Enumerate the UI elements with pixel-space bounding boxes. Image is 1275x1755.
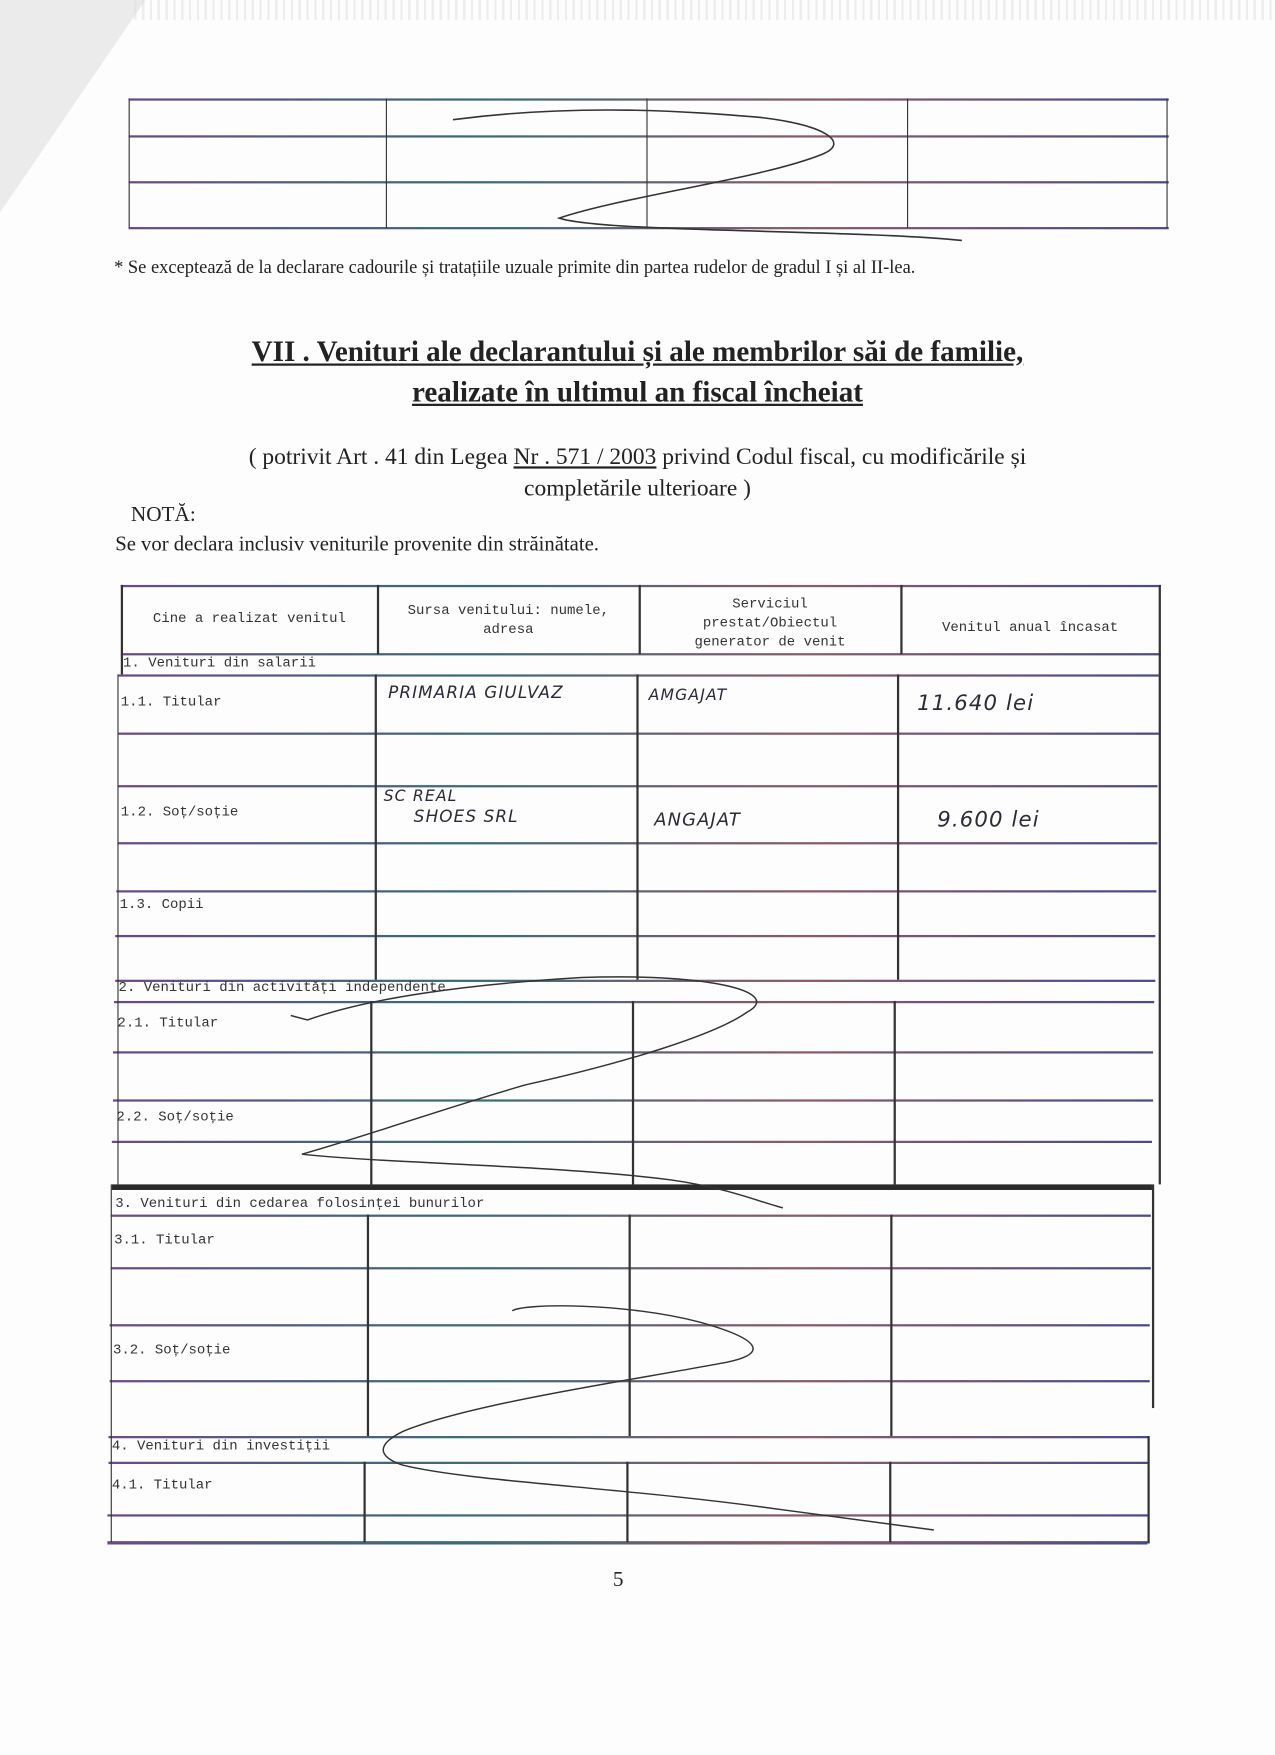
row-1-1-label: 1.1. Titular — [121, 695, 222, 711]
note-text: Se vor declara inclusiv veniturile prove… — [115, 533, 599, 556]
header-annual-income: Venitul anual încasat — [903, 618, 1158, 637]
page-fold-shadow — [0, 0, 145, 212]
law-number: Nr . 571 / 2003 — [514, 443, 657, 470]
row-1-1-service: AMGAJAT — [649, 687, 728, 705]
gift-exception-footnote: * Se exceptează de la declarare cadouril… — [114, 255, 1165, 280]
scan-noise — [134, 0, 1275, 20]
legal-reference: ( potrivit Art . 41 din Legea Nr . 571 /… — [0, 441, 1275, 472]
row-1-3-label: 1.3. Copii — [120, 897, 204, 913]
row-3-2-label: 3.2. Soț/soție — [113, 1342, 230, 1358]
legal-reference-line2: completările ulterioare ) — [0, 472, 1275, 503]
header-source: Sursa venitului: numele, adresa — [379, 602, 637, 640]
section-title-line1: VII . Venituri ale declarantului și ale … — [0, 336, 1275, 370]
row-2-2-label: 2.2. Soț/soție — [116, 1109, 233, 1125]
row-1-2-source-line2: SHOES SRL — [414, 806, 519, 826]
header-service: Serviciul prestat/Obiectul generator de … — [641, 595, 899, 652]
group-independent: 2. Venituri din activități independente — [119, 980, 446, 996]
note-label: NOTĂ: — [131, 503, 196, 528]
row-4-1-label: 4.1. Titular — [112, 1477, 213, 1493]
header-service-line3: generator de venit — [641, 633, 899, 652]
header-source-line1: Sursa venitului: numele, — [379, 602, 637, 621]
legal-reference-suffix: privind Codul fiscal, cu modificările și — [656, 443, 1026, 470]
header-source-line2: adresa — [379, 621, 637, 640]
group-property-use: 3. Venituri din cedarea folosinței bunur… — [115, 1196, 484, 1212]
group-investments: 4. Venituri din investiții — [112, 1438, 330, 1454]
row-1-2-label: 1.2. Soț/soție — [121, 804, 238, 820]
header-who: Cine a realizat venitul — [123, 610, 376, 629]
row-1-2-service: ANGAJAT — [654, 809, 741, 830]
page-number: 5 — [613, 1568, 624, 1593]
row-2-1-label: 2.1. Titular — [117, 1016, 218, 1032]
section-title-line2: realizate în ultimul an fiscal încheiat — [0, 376, 1275, 410]
scanned-page: * Se exceptează de la declarare cadouril… — [0, 0, 1275, 1755]
legal-reference-prefix: ( potrivit Art . 41 din Legea — [249, 443, 514, 470]
group-salaries: 1. Venituri din salarii — [123, 655, 316, 671]
row-1-2-source-line1: SC REAL — [384, 787, 458, 805]
header-service-line1: Serviciul — [641, 595, 899, 614]
row-1-1-amount: 11.640 lei — [917, 691, 1034, 716]
row-1-2-amount: 9.600 lei — [937, 807, 1040, 832]
row-3-1-label: 3.1. Titular — [114, 1232, 215, 1248]
header-service-line2: prestat/Obiectul — [641, 614, 899, 633]
row-1-1-source: PRIMARIA GIULVAZ — [388, 682, 564, 702]
